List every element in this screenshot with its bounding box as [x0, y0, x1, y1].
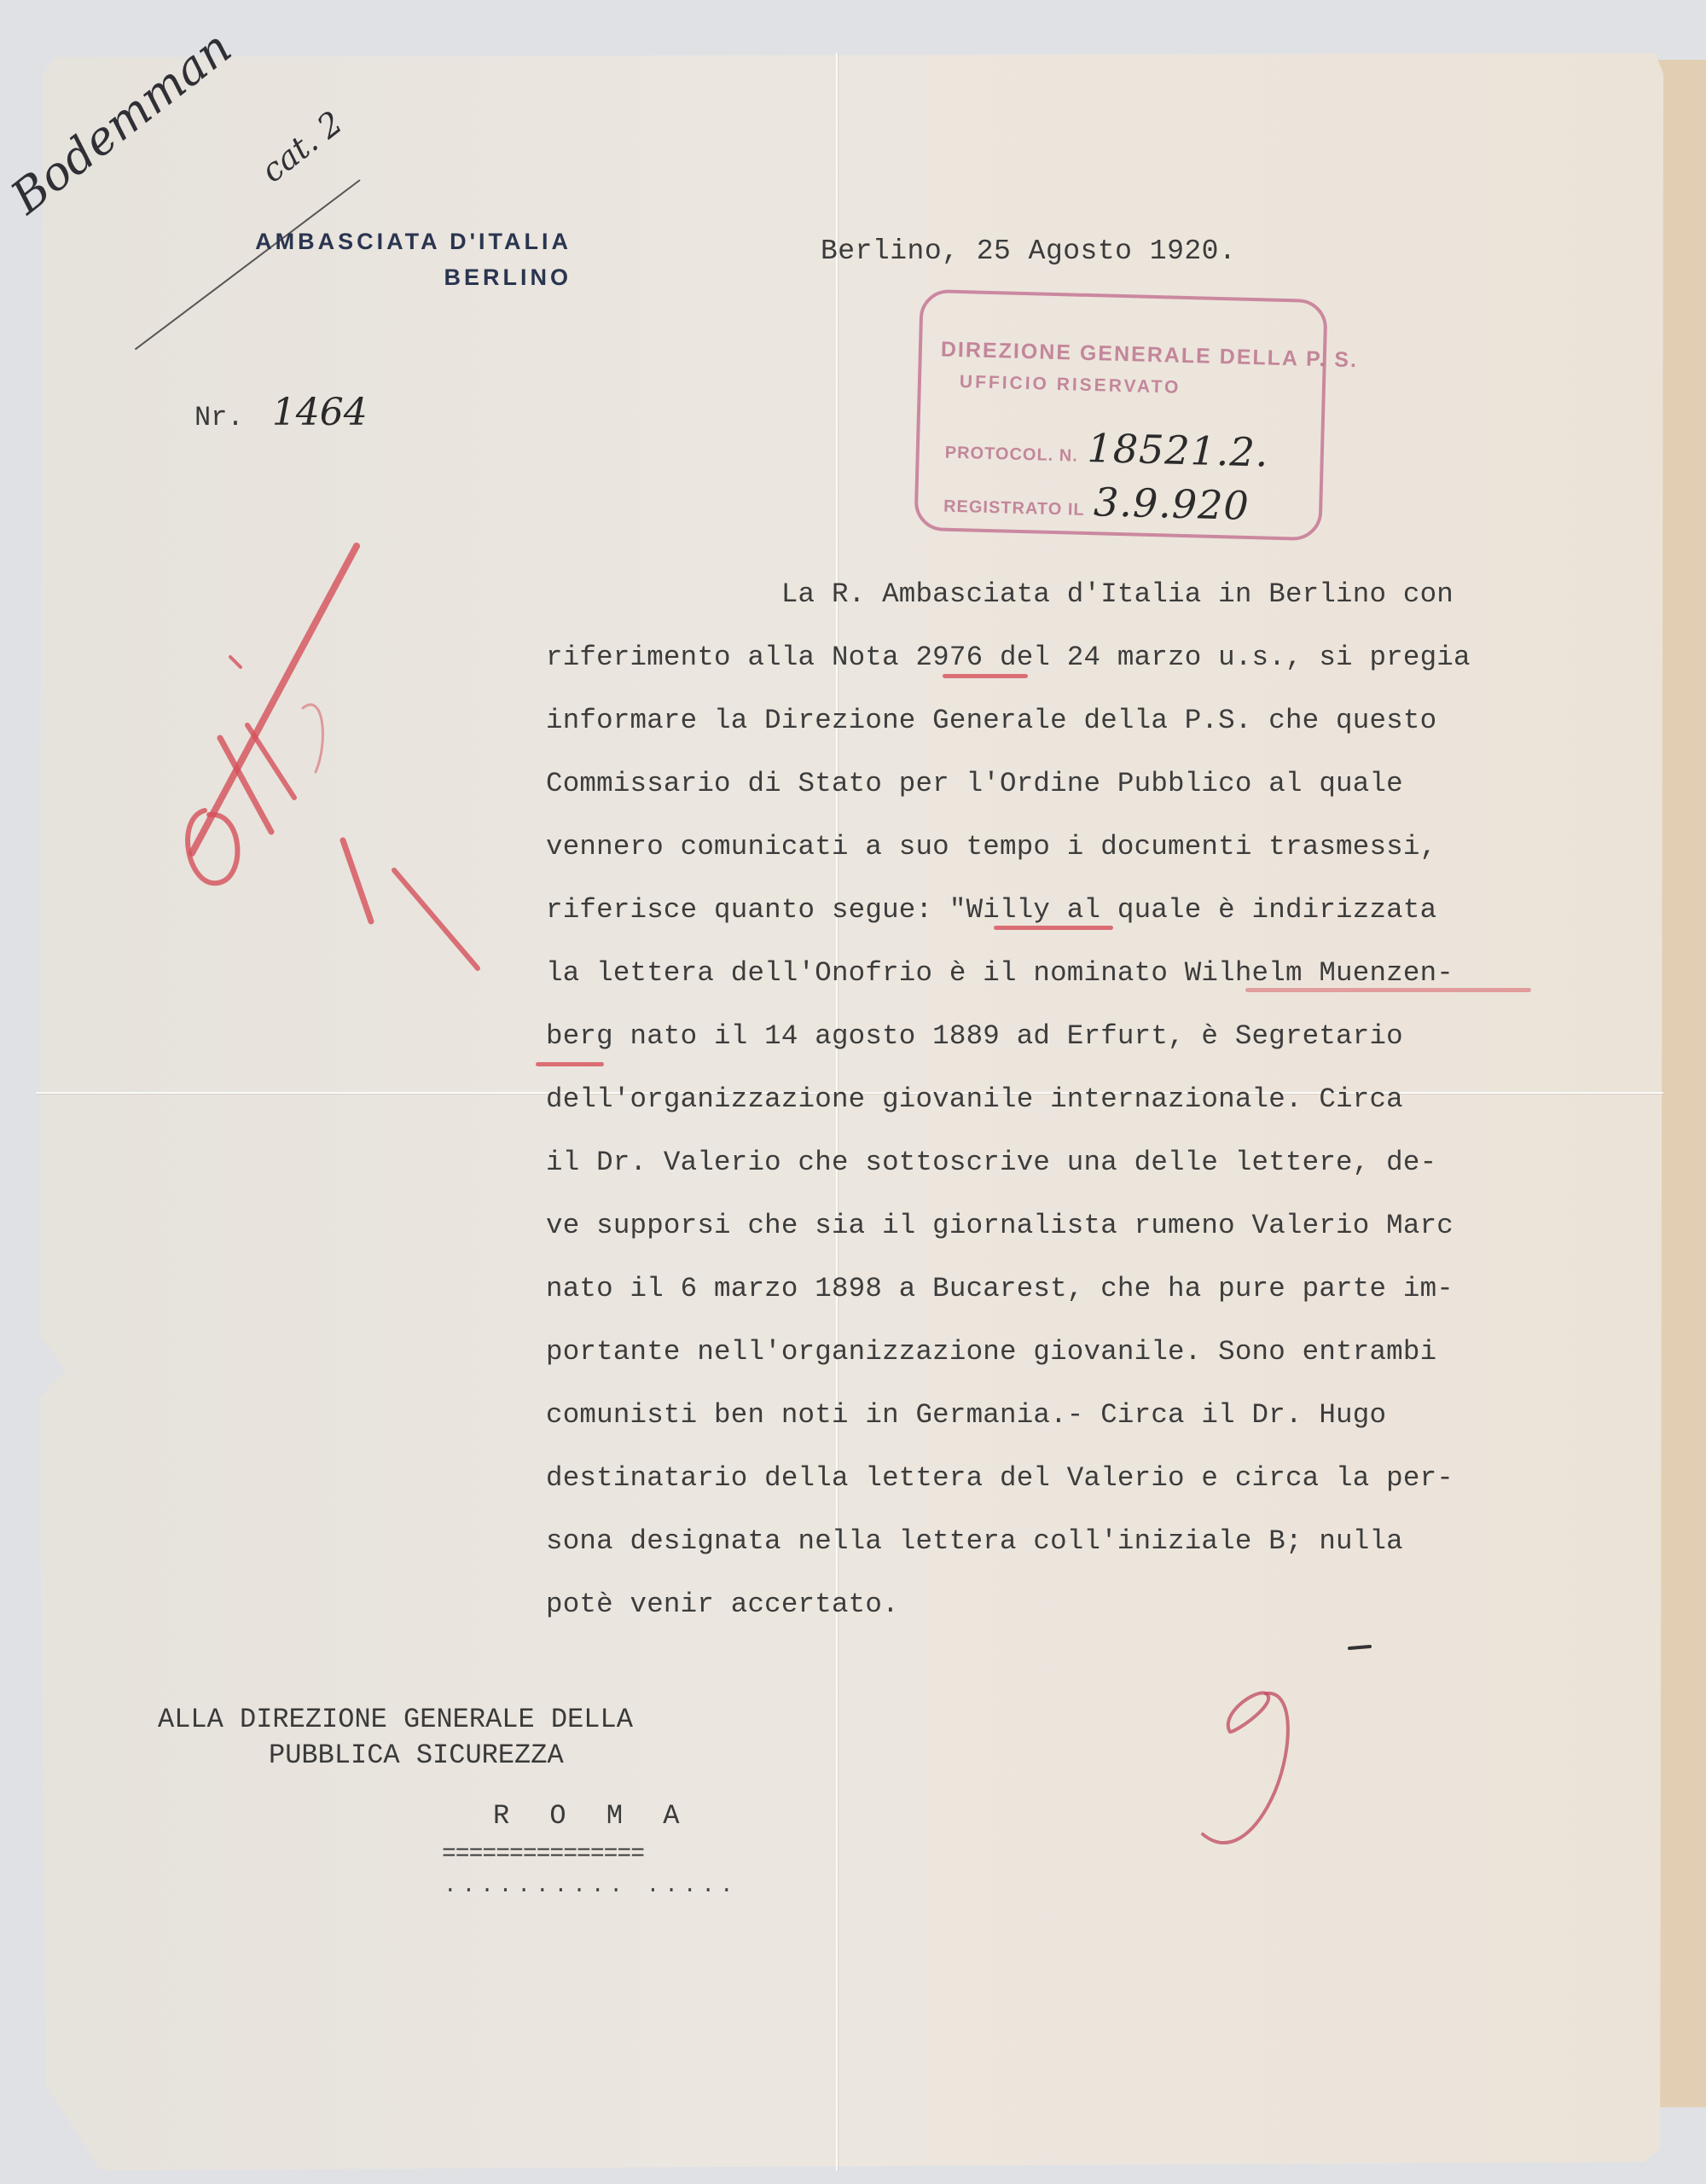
red-underline-willy: [994, 926, 1113, 930]
stamp-protocol: PROTOCOL. N. 18521.2.: [944, 421, 1269, 476]
body-line: riferimento alla Nota 2976 del 24 marzo …: [546, 626, 1570, 689]
body-line: ve supporsi che sia il giornalista rumen…: [546, 1194, 1570, 1258]
body-line: informare la Direzione Generale della P.…: [546, 689, 1570, 752]
stamp-line1: DIREZIONE GENERALE DELLA P. S.: [941, 337, 1359, 373]
body-line: La R. Ambasciata d'Italia in Berlino con: [546, 563, 1570, 626]
letterhead-line2: BERLINO: [196, 259, 572, 295]
letter-body: La R. Ambasciata d'Italia in Berlino con…: [546, 563, 1570, 1636]
recipient-address: ALLA DIREZIONE GENERALE DELLA PUBBLICA S…: [158, 1702, 633, 1774]
body-line: potè venir accertato.: [546, 1573, 1570, 1636]
red-underline-muenzenberg: [1245, 988, 1531, 992]
letterhead: AMBASCIATA D'ITALIA BERLINO: [196, 224, 572, 295]
body-line: destinatario della lettera del Valerio e…: [546, 1447, 1570, 1510]
reference-label: Nr.: [194, 402, 244, 433]
body-line: sona designata nella lettera coll'inizia…: [546, 1510, 1570, 1573]
letterhead-line1: AMBASCIATA D'ITALIA: [196, 224, 572, 259]
letter-date: Berlino, 25 Agosto 1920.: [821, 235, 1236, 267]
stamp-registered-value: 3.9.920: [1093, 479, 1250, 529]
stamp-protocol-label: PROTOCOL. N.: [944, 444, 1078, 466]
body-line: la lettera dell'Onofrio è il nominato Wi…: [546, 942, 1570, 1005]
red-underline-2976: [943, 674, 1028, 678]
protocol-stamp: DIREZIONE GENERALE DELLA P. S. UFFICIO R…: [914, 289, 1327, 541]
recipient-line2: PUBBLICA SICUREZZA: [158, 1738, 633, 1774]
reference-number: Nr. 1464: [194, 391, 368, 434]
double-rule: ===============: [442, 1841, 644, 1867]
dotted-line: .......... .....: [444, 1873, 739, 1898]
body-line: comunisti ben noti in Germania.- Circa i…: [546, 1384, 1570, 1447]
red-underline-berg: [536, 1062, 604, 1066]
stamp-registered-label: REGISTRATO IL: [943, 497, 1085, 520]
body-line: nato il 6 marzo 1898 a Bucarest, che ha …: [546, 1258, 1570, 1321]
stamp-registered: REGISTRATO IL 3.9.920: [943, 475, 1250, 529]
body-line: vennero comunicati a suo tempo i documen…: [546, 816, 1570, 879]
body-line: il Dr. Valerio che sottoscrive una delle…: [546, 1131, 1570, 1194]
body-line: dell'organizzazione giovanile internazio…: [546, 1068, 1570, 1131]
stamp-protocol-value: 18521.2.: [1087, 425, 1269, 476]
stamp-line2: UFFICIO RISERVATO: [960, 372, 1181, 398]
recipient-line1: ALLA DIREZIONE GENERALE DELLA: [158, 1702, 633, 1738]
recipient-city: R O M A: [493, 1800, 691, 1832]
body-line: riferisce quanto segue: "Willy al quale …: [546, 879, 1570, 942]
reference-value: 1464: [272, 391, 368, 434]
body-line: Commissario di Stato per l'Ordine Pubbli…: [546, 752, 1570, 816]
body-line: portante nell'organizzazione giovanile. …: [546, 1321, 1570, 1384]
body-line: berg nato il 14 agosto 1889 ad Erfurt, è…: [546, 1005, 1570, 1068]
